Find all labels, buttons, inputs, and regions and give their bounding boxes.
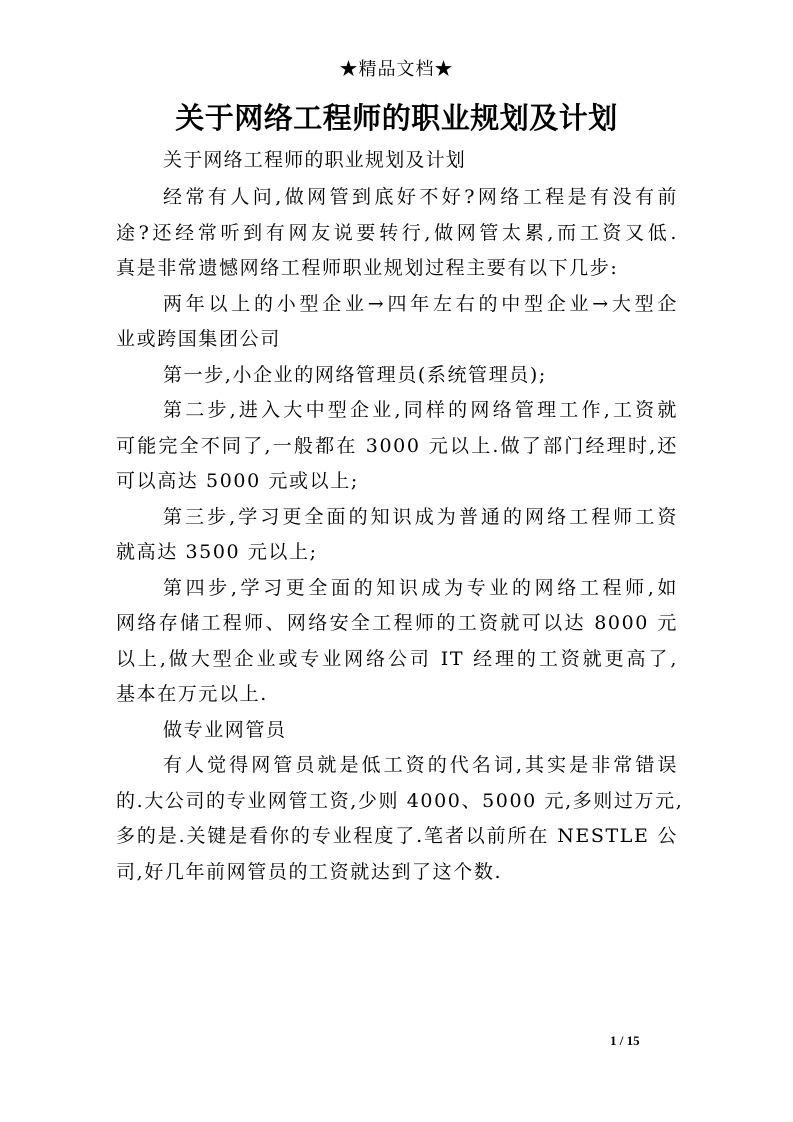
paragraph-step-three: 第三步,学习更全面的知识成为普通的网络工程师工资 就高达 3500 元以上; [116, 500, 678, 571]
paragraph-line: 经常有人问,做网管到底好不好?网络工程是有没有前 [116, 180, 678, 216]
paragraph-line: 两年以上的小型企业→四年左右的中型企业→大型企 [116, 287, 678, 323]
paragraph-line: 司,好几年前网管员的工资就达到了这个数. [116, 855, 678, 891]
paragraph-line: 第二步,进入大中型企业,同样的网络管理工作,工资就 [116, 393, 678, 429]
paragraph-line: 基本在万元以上. [116, 677, 678, 713]
paragraph-line: 以上,做大型企业或专业网络公司 IT 经理的工资就更高了, [116, 642, 678, 678]
document-subtitle: 关于网络工程师的职业规划及计划 [116, 140, 678, 180]
paragraph-career-path: 两年以上的小型企业→四年左右的中型企业→大型企 业或跨国集团公司 [116, 287, 678, 358]
paragraph-line: 第三步,学习更全面的知识成为普通的网络工程师工资 [116, 500, 678, 536]
paragraph-line: 可以高达 5000 元或以上; [116, 464, 678, 500]
paragraph-line: 多的是.关键是看你的专业程度了.笔者以前所在 NESTLE 公 [116, 819, 678, 855]
paragraph-step-four: 第四步,学习更全面的知识成为专业的网络工程师,如 网络存储工程师、网络安全工程师… [116, 571, 678, 713]
page-number: 1 / 15 [610, 1033, 640, 1049]
paragraph-line: 做专业网管员 [116, 713, 678, 749]
paragraph-line: 第四步,学习更全面的知识成为专业的网络工程师,如 [116, 571, 678, 607]
paragraph-intro: 经常有人问,做网管到底好不好?网络工程是有没有前 途?还经常听到有网友说要转行,… [116, 180, 678, 287]
paragraph-step-one: 第一步,小企业的网络管理员(系统管理员); [116, 358, 678, 394]
document-title: 关于网络工程师的职业规划及计划 [0, 100, 793, 136]
document-body: 关于网络工程师的职业规划及计划 经常有人问,做网管到底好不好?网络工程是有没有前… [116, 140, 678, 890]
section-heading-professional-admin: 做专业网管员 [116, 713, 678, 749]
paragraph-line: 的.大公司的专业网管工资,少则 4000、5000 元,多则过万元, [116, 784, 678, 820]
paragraph-line: 业或跨国集团公司 [116, 322, 678, 358]
paragraph-line: 真是非常遗憾网络工程师职业规划过程主要有以下几步: [116, 251, 678, 287]
paragraph-line: 网络存储工程师、网络安全工程师的工资就可以达 8000 元 [116, 606, 678, 642]
header-mark: ★精品文档★ [0, 58, 793, 82]
paragraph-line: 第一步,小企业的网络管理员(系统管理员); [116, 358, 678, 394]
paragraph-admin-salary: 有人觉得网管员就是低工资的代名词,其实是非常错误 的.大公司的专业网管工资,少则… [116, 748, 678, 890]
paragraph-step-two: 第二步,进入大中型企业,同样的网络管理工作,工资就 可能完全不同了,一般都在 3… [116, 393, 678, 500]
paragraph-line: 有人觉得网管员就是低工资的代名词,其实是非常错误 [116, 748, 678, 784]
paragraph-line: 途?还经常听到有网友说要转行,做网管太累,而工资又低. [116, 216, 678, 252]
paragraph-line: 可能完全不同了,一般都在 3000 元以上.做了部门经理时,还 [116, 429, 678, 465]
paragraph-line: 就高达 3500 元以上; [116, 535, 678, 571]
